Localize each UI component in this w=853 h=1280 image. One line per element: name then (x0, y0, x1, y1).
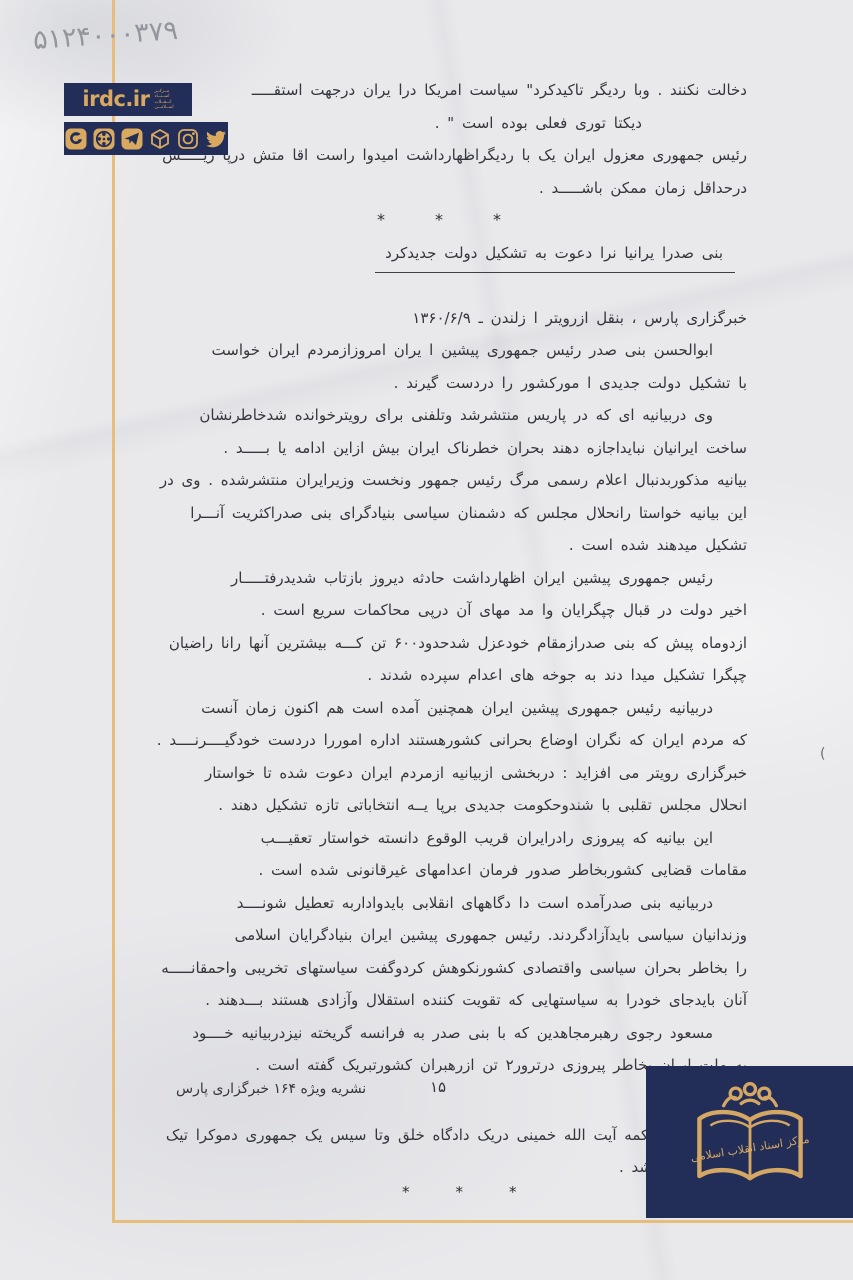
document-line: را بخاطر بحران سیاسی واقتصادی کشورنکوهش … (120, 952, 747, 985)
footer-publication-label: نشریه ویژه ۱۶۴ خبرگزاری پارس (176, 1081, 366, 1097)
page-number: ۱۵ (430, 1078, 446, 1096)
scanned-document-page: ۵۱۲۴۰۰۰۳۷۹ irdc.ir مــرکــز اســنــاد ان… (0, 0, 853, 1280)
document-line (120, 269, 747, 302)
telegram-icon (120, 127, 144, 151)
document-line: دربیانیه بنی صدرآمده است دا دگاههای انقل… (120, 887, 747, 920)
document-line: مسعود رجوی رهبرمجاهدین که با بنی صدر به … (120, 1017, 747, 1050)
irdc-mini-logo-line: اســلامــی (154, 105, 173, 111)
document-line: اخیر دولت در قبال چپگرایان وا مد مهای آن… (120, 594, 747, 627)
document-line: دربیانیه رئیس جمهوری پیشین ایران همچنین … (120, 692, 747, 725)
document-line: ساخت ایرانیان نبایداجازه دهند بحران خطرن… (120, 432, 747, 465)
irdc-site-url: irdc.ir (82, 89, 149, 110)
document-line: چپگرا تشکیل میدا دند به جوخه های اعدام س… (120, 659, 747, 692)
document-line: بیانیه مذکوربدنبال اعلام رسمی مرگ رئیس ج… (120, 464, 747, 497)
irdc-emblem-block: مرکز اسناد انقلاب اسلامی (646, 1066, 853, 1218)
scan-border-vertical-line (112, 0, 115, 1221)
document-line: خبرگزاری پارس ، بنقل ازرویتر ا زلندن ـ ۱… (120, 302, 747, 335)
document-line: ابوالحسن بنی صدر رئیس جمهوری پیشین ا یرا… (120, 334, 747, 367)
aparat-icon (92, 127, 116, 151)
separator-stars: *** (120, 204, 747, 237)
document-line: این بیانیه که پیروزی رادرایران قریب الوق… (120, 822, 747, 855)
fragment-line: حاکمه آیت الله خمینی دریک دادگاه خلق وتا… (166, 1126, 662, 1144)
separator-stars-bottom: *** (402, 1183, 563, 1201)
document-line: وی دربیانیه ای که در پاریس منتشرشد وتلفن… (120, 399, 747, 432)
document-text: دخالت نکنند . وبا ردیگر تاکیدکرد" سیاست … (120, 74, 747, 1082)
irdc-site-badge: irdc.ir مــرکــز اســنــاد انــقــلاب اس… (64, 83, 192, 116)
document-line: انحلال مجلس تقلبی با شندوحکومت جدیدی برپ… (120, 789, 747, 822)
document-line: ازدوماه پیش که بنی صدرازمقام خودعزل شدحد… (120, 627, 747, 660)
instagram-icon (176, 127, 200, 151)
eitaa-icon (64, 127, 88, 151)
irdc-watermark-badge: irdc.ir مــرکــز اســنــاد انــقــلاب اس… (64, 83, 192, 116)
document-line: تشکیل میدهند شده است . (120, 529, 747, 562)
document-line: درحداقل زمان ممکن باشـــــد . (120, 172, 747, 205)
document-line: مقامات قضایی کشوربخاطر صدور فرمان اعدامه… (120, 854, 747, 887)
twitter-icon (204, 127, 228, 151)
document-line: وزندانیان سیاسی بایدآزادگردند. رئیس جمهو… (120, 919, 747, 952)
irdc-mini-logo: مــرکــز اســنــاد انــقــلاب اســلامــی (154, 89, 173, 111)
irdc-social-icons-strip (64, 122, 228, 155)
rubika-icon (148, 127, 172, 151)
document-line: رئیس جمهوری پیشین ایران اظهارداشت حادثه … (120, 562, 747, 595)
document-line: این بیانیه خواستا رانحلال مجلس که دشمنان… (120, 497, 747, 530)
open-book-logo-icon: مرکز اسناد انقلاب اسلامی (684, 1076, 816, 1208)
document-line: خبرگزاری رویتر می افزاید : دربخشی ازبیان… (120, 757, 747, 790)
handwritten-archive-number: ۵۱۲۴۰۰۰۳۷۹ (32, 15, 179, 56)
headline-underlined-text: بنی صدرا یرانیا نرا دعوت به تشکیل دولت ج… (375, 243, 735, 273)
document-line: که مردم ایران که نگران اوضاع بحرانی کشور… (120, 724, 747, 757)
document-line: با تشکیل دولت جدیدی ا مورکشور را دردست گ… (120, 367, 747, 400)
document-line: آنان بایدجای خودرا به سیاستهایی که تقویت… (120, 984, 747, 1017)
document-line: دخالت نکنند . وبا ردیگر تاکیدکرد" سیاست … (120, 74, 747, 107)
stray-ink-mark: ( (820, 746, 825, 762)
scan-border-horizontal-line (112, 1220, 853, 1223)
document-headline: بنی صدرا یرانیا نرا دعوت به تشکیل دولت ج… (120, 237, 747, 270)
